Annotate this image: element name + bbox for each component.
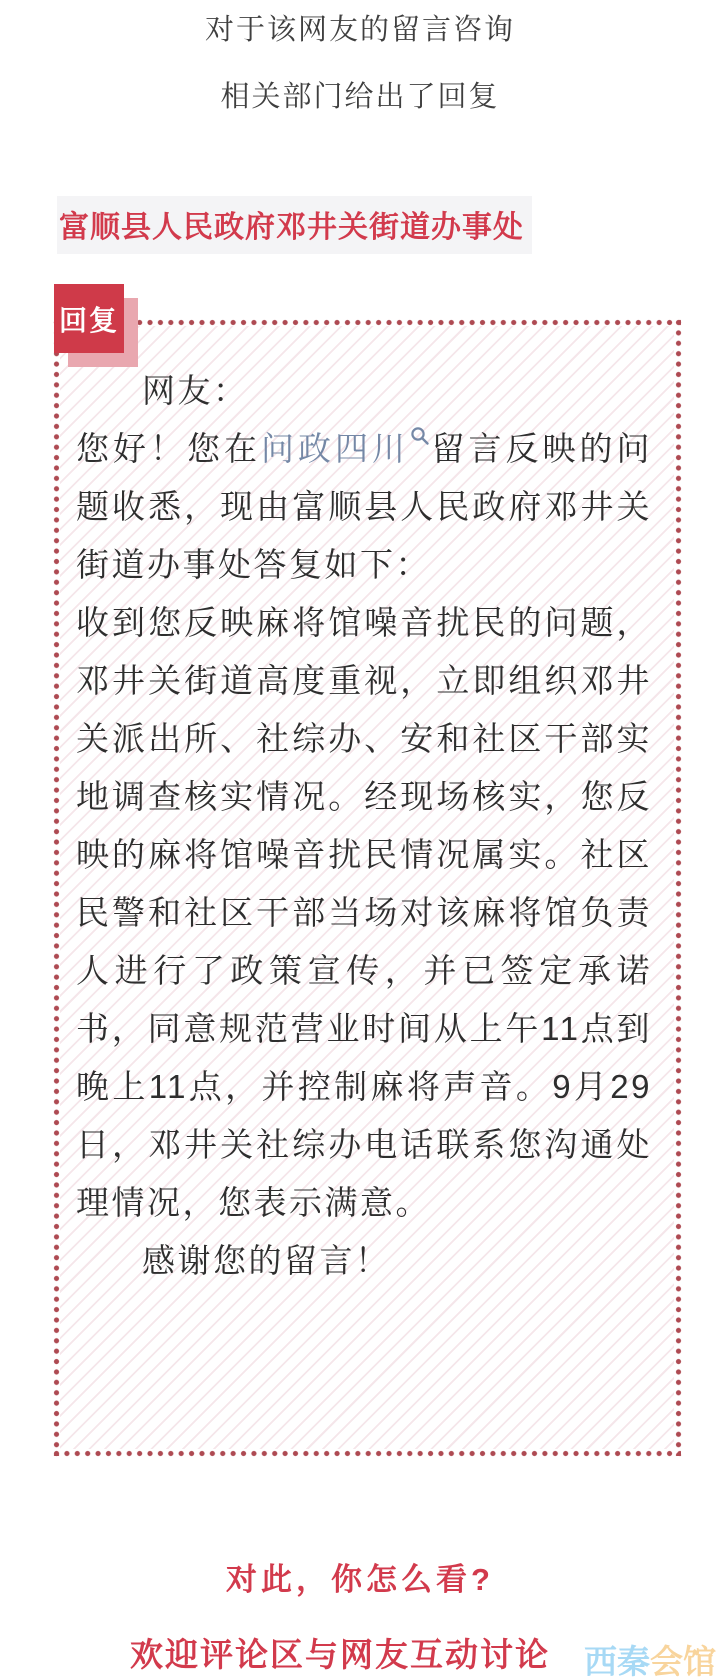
wenzheng-sichuan-link-label: 问政四川 xyxy=(261,430,409,467)
paragraph-2: 收到您反映麻将馆噪音扰民的问题，邓井关街道高度重视，立即组织邓井关派出所、社综办… xyxy=(76,594,652,1232)
dotted-border-bottom xyxy=(53,1450,681,1457)
reply-badge: 回复 xyxy=(54,284,124,353)
reply-box: 回复 网友： 您好！您在问政四川 留言反映的问题收悉，现由富顺县人民政府邓井关街… xyxy=(56,322,678,1453)
paragraph-1: 您好！您在问政四川 留言反映的问题收悉，现由富顺县人民政府邓井关街道办事处答复如… xyxy=(76,420,652,594)
department-heading: 富顺县人民政府邓井关街道办事处 xyxy=(57,196,532,254)
intro-line-2: 相关部门给出了回复 xyxy=(0,79,720,115)
salutation: 网友： xyxy=(76,362,652,420)
watermark-part-orange: 会馆 xyxy=(650,1643,716,1679)
footer-question: 对此，你怎么看? xyxy=(0,1554,720,1599)
closing-line: 感谢您的留言！ xyxy=(76,1232,652,1290)
wenzheng-sichuan-link[interactable]: 问政四川 xyxy=(261,430,430,467)
paragraph-1-before-link: 您好！您在 xyxy=(76,430,261,467)
watermark-part-blue: 西秦 xyxy=(584,1643,650,1679)
reply-content: 网友： 您好！您在问政四川 留言反映的问题收悉，现由富顺县人民政府邓井关街道办事… xyxy=(56,322,678,1290)
search-icon xyxy=(410,426,430,446)
department-heading-text: 富顺县人民政府邓井关街道办事处 xyxy=(57,196,532,254)
intro-line-1: 对于该网友的留言咨询 xyxy=(0,12,720,48)
watermark-logo: 西秦会馆 xyxy=(584,1636,716,1679)
